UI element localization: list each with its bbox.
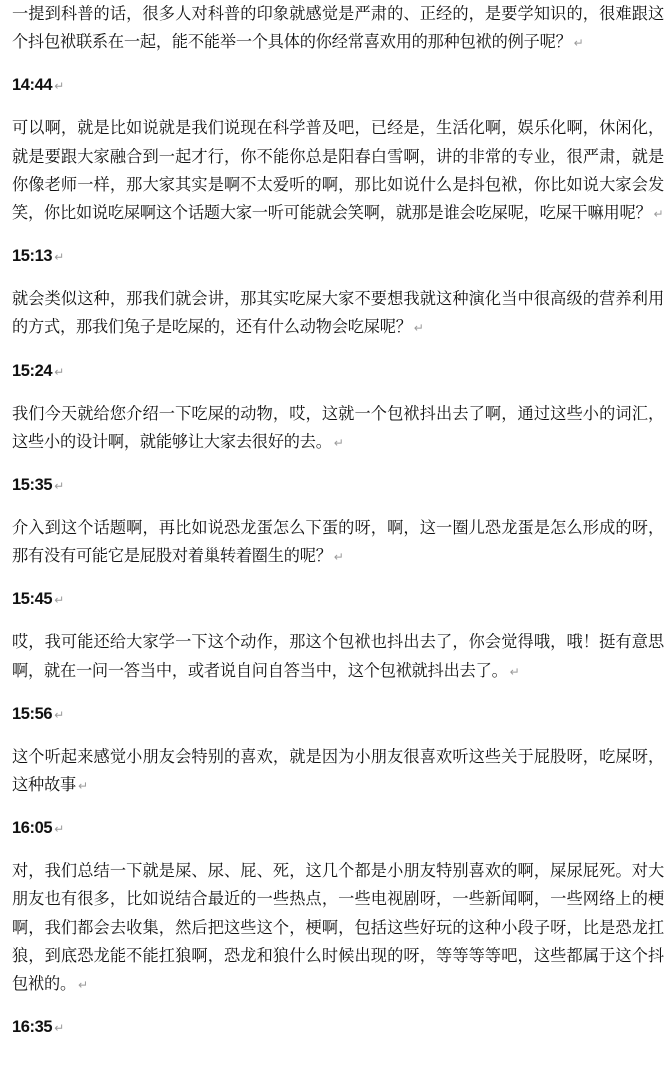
timestamp-3: 15:24↵ (12, 357, 664, 386)
paragraph-mark-icon: ↵ (78, 779, 88, 793)
paragraph-mark-icon: ↵ (78, 978, 88, 992)
paragraph-6: 哎，我可能还给大家学一下这个动作，那这个包袱也抖出去了，你会觉得哦，哦！挺有意思… (12, 628, 664, 685)
timestamp-8: 16:35↵ (12, 1013, 664, 1042)
paragraph-mark-icon: ↵ (54, 1021, 64, 1035)
paragraph-8: 对，我们总结一下就是屎、尿、屁、死，这几个都是小朋友特别喜欢的啊，屎尿屁死。对大… (12, 857, 664, 999)
paragraph-mark-icon: ↵ (414, 321, 424, 335)
paragraph-mark-icon: ↵ (334, 436, 344, 450)
paragraph-4: 我们今天就给您介绍一下吃屎的动物，哎，这就一个包袱抖出去了啊，通过这些小的词汇，… (12, 400, 664, 457)
document-body: 一提到科普的话，很多人对科普的印象就感觉是严肃的、正经的，是要学知识的，很难跟这… (12, 0, 664, 1056)
paragraph-2: 可以啊，就是比如说就是我们说现在科学普及吧，已经是，生活化啊，娱乐化啊，休闲化，… (12, 114, 664, 228)
timestamp-6: 15:56↵ (12, 700, 664, 729)
timestamp-5: 15:45↵ (12, 585, 664, 614)
paragraph-7: 这个听起来感觉小朋友会特别的喜欢，就是因为小朋友很喜欢听这些关于屁股呀，吃屎呀，… (12, 743, 664, 800)
paragraph-mark-icon: ↵ (54, 479, 64, 493)
paragraph-mark-icon: ↵ (654, 207, 664, 221)
paragraph-mark-icon: ↵ (54, 365, 64, 379)
timestamp-7: 16:05↵ (12, 814, 664, 843)
paragraph-mark-icon: ↵ (54, 250, 64, 264)
timestamp-4: 15:35↵ (12, 471, 664, 500)
paragraph-3: 就会类似这种，那我们就会讲，那其实吃屎大家不要想我就这种演化当中很高级的营养利用… (12, 285, 664, 342)
timestamp-1: 14:44↵ (12, 71, 664, 100)
paragraph-5: 介入到这个话题啊，再比如说恐龙蛋怎么下蛋的呀，啊，这一圈儿恐龙蛋是怎么形成的呀，… (12, 514, 664, 571)
paragraph-mark-icon: ↵ (54, 593, 64, 607)
paragraph-mark-icon: ↵ (54, 79, 64, 93)
paragraph-mark-icon: ↵ (510, 665, 520, 679)
paragraph-1: 一提到科普的话，很多人对科普的印象就感觉是严肃的、正经的，是要学知识的，很难跟这… (12, 0, 664, 57)
paragraph-mark-icon: ↵ (54, 708, 64, 722)
timestamp-2: 15:13↵ (12, 242, 664, 271)
paragraph-mark-icon: ↵ (54, 822, 64, 836)
paragraph-mark-icon: ↵ (574, 36, 584, 50)
paragraph-mark-icon: ↵ (334, 550, 344, 564)
